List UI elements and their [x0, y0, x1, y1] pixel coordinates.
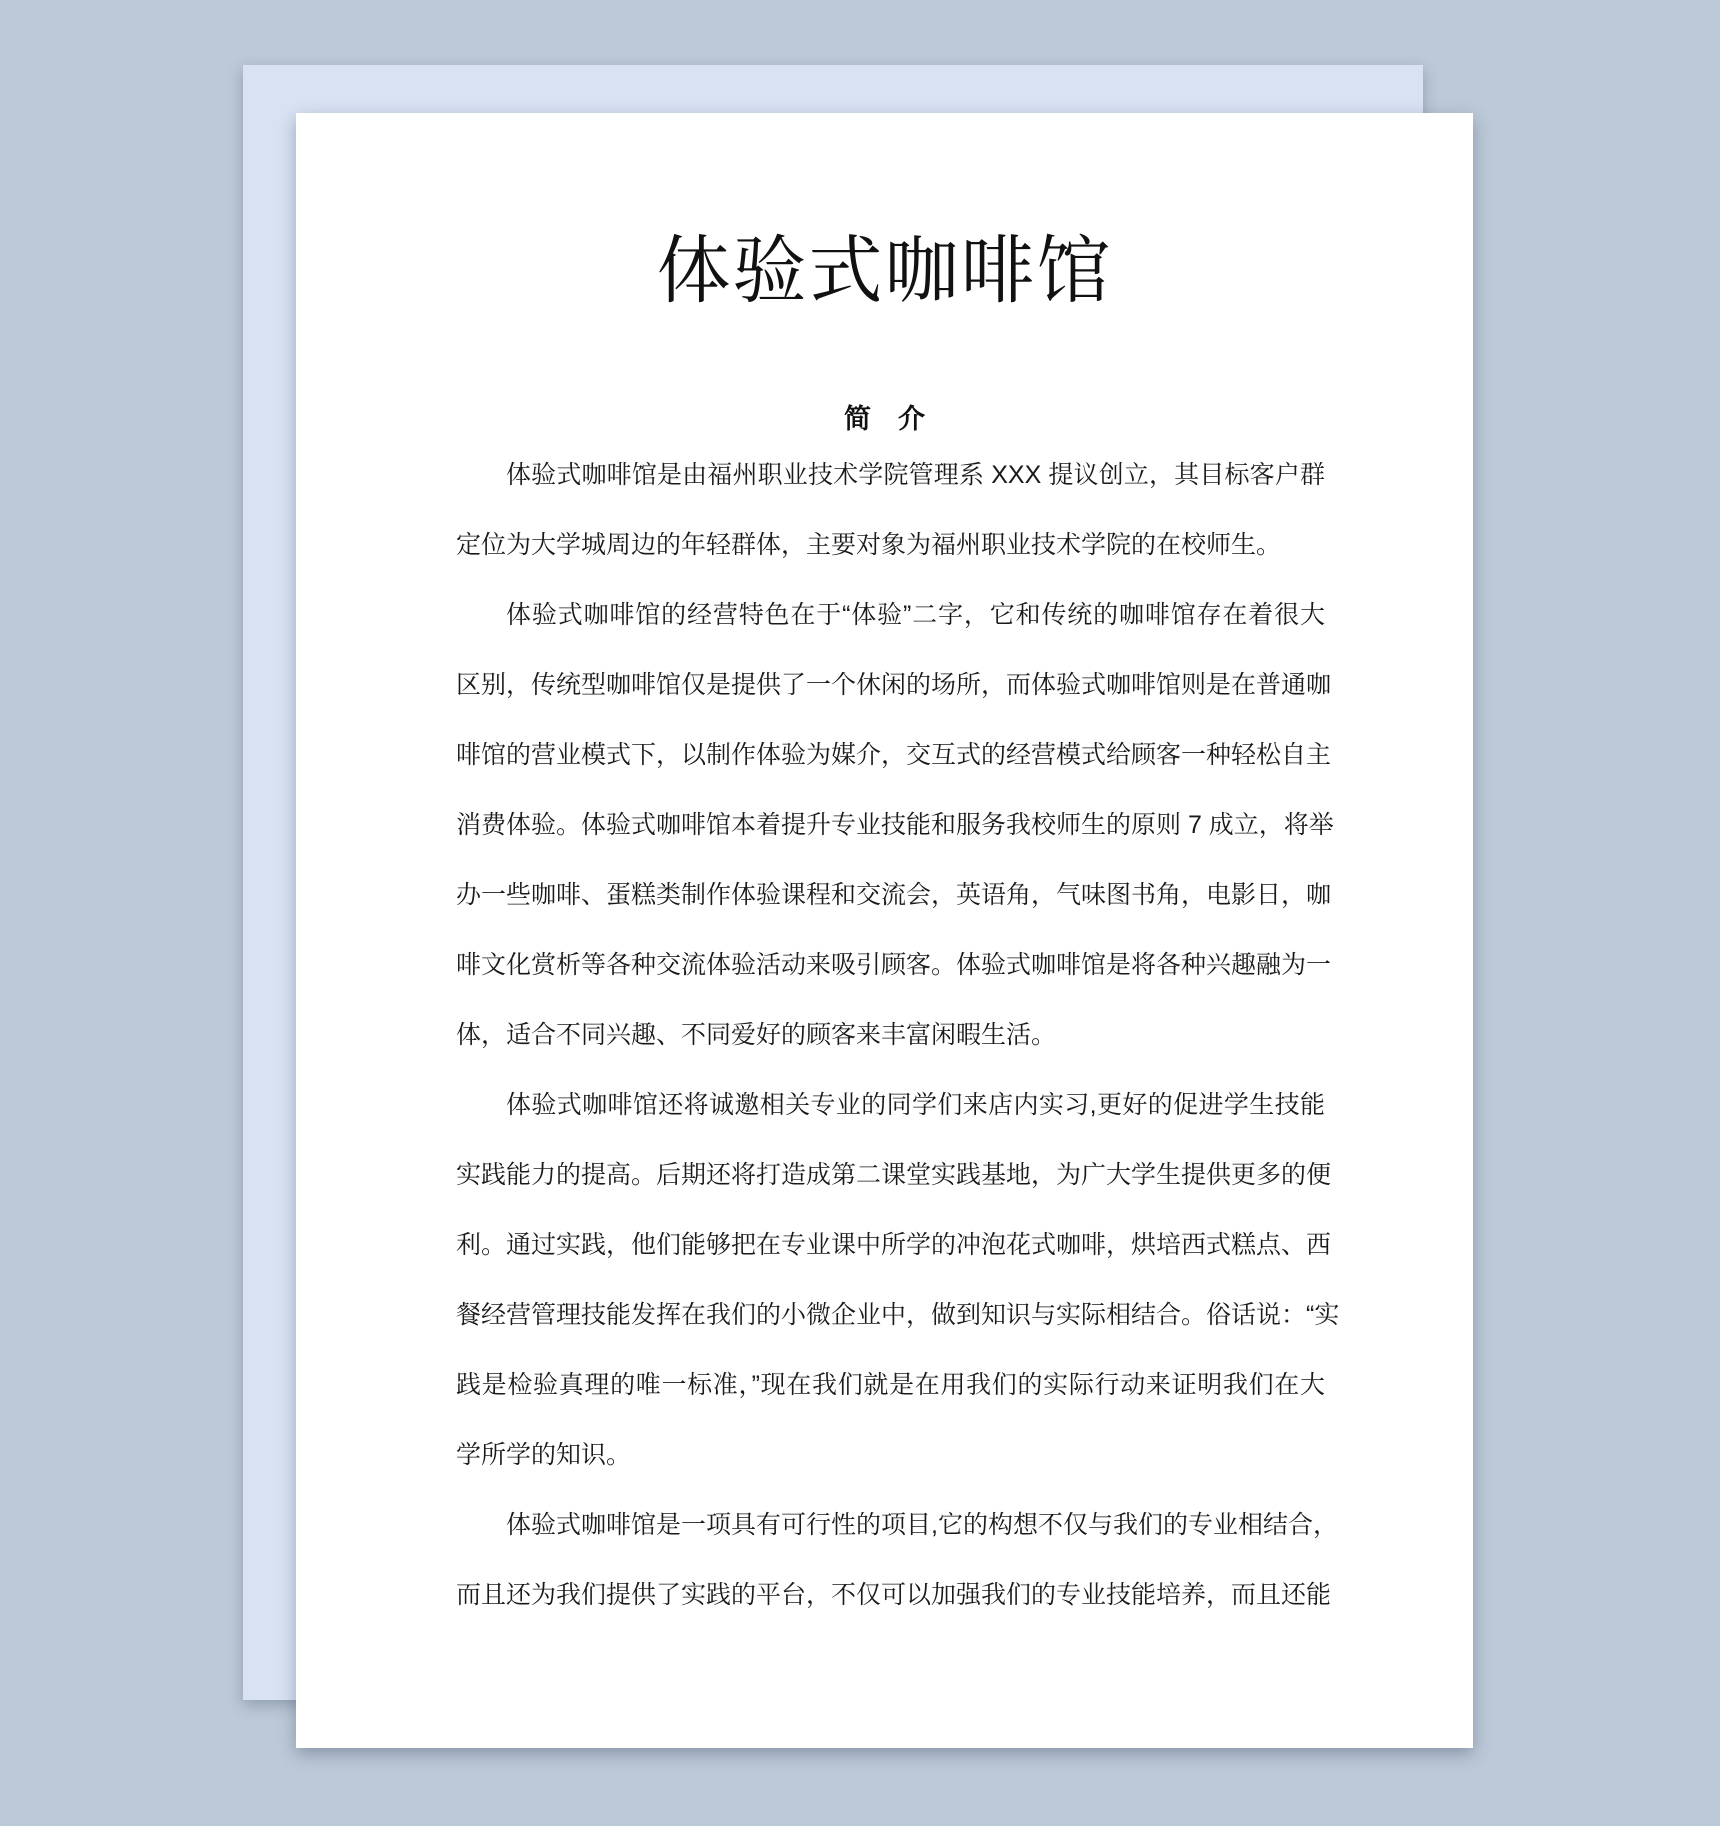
text-line: 实践能力的提高。后期还将打造成第二课堂实践基地，为广大学生提供更多的便 [456, 1140, 1325, 1210]
text-line: 体验式咖啡馆是由福州职业技术学院管理系 XXX 提议创立，其目标客户群 [456, 440, 1325, 510]
text-line: 区别，传统型咖啡馆仅是提供了一个休闲的场所，而体验式咖啡馆则是在普通咖 [456, 650, 1325, 720]
text-line: 体验式咖啡馆是一项具有可行性的项目,它的构想不仅与我们的专业相结合， [456, 1490, 1325, 1560]
text-line: 办一些咖啡、蛋糕类制作体验课程和交流会，英语角，气味图书角，电影日，咖 [456, 860, 1325, 930]
section-heading: 简 介 [296, 398, 1473, 440]
text-line: 体验式咖啡馆还将诚邀相关专业的同学们来店内实习,更好的促进学生技能 [456, 1070, 1325, 1140]
document-title: 体验式咖啡馆 [296, 223, 1473, 319]
text-line: 啡文化赏析等各种交流体验活动来吸引顾客。体验式咖啡馆是将各种兴趣融为一 [456, 930, 1325, 1000]
document-page: 体验式咖啡馆 简 介 体验式咖啡馆是由福州职业技术学院管理系 XXX 提议创立，… [296, 113, 1473, 1748]
text-line: 践是检验真理的唯一标准，”现在我们就是在用我们的实际行动来证明我们在大 [456, 1350, 1325, 1420]
text-line: 定位为大学城周边的年轻群体，主要对象为福州职业技术学院的在校师生。 [456, 510, 1325, 580]
document-body: 体验式咖啡馆是由福州职业技术学院管理系 XXX 提议创立，其目标客户群定位为大学… [296, 440, 1473, 1630]
text-line: 体，适合不同兴趣、不同爱好的顾客来丰富闲暇生活。 [456, 1000, 1325, 1070]
text-line: 啡馆的营业模式下，以制作体验为媒介，交互式的经营模式给顾客一种轻松自主 [456, 720, 1325, 790]
text-line: 餐经营管理技能发挥在我们的小微企业中，做到知识与实际相结合。俗话说：“实 [456, 1280, 1325, 1350]
text-line: 而且还为我们提供了实践的平台，不仅可以加强我们的专业技能培养，而且还能 [456, 1560, 1325, 1630]
text-line: 利。通过实践，他们能够把在专业课中所学的冲泡花式咖啡，烘培西式糕点、西 [456, 1210, 1325, 1280]
text-line: 体验式咖啡馆的经营特色在于“体验”二字，它和传统的咖啡馆存在着很大 [456, 580, 1325, 650]
text-line: 消费体验。体验式咖啡馆本着提升专业技能和服务我校师生的原则 7 成立，将举 [456, 790, 1325, 860]
canvas: 体验式咖啡馆 简 介 体验式咖啡馆是由福州职业技术学院管理系 XXX 提议创立，… [0, 0, 1720, 1826]
text-line: 学所学的知识。 [456, 1420, 1325, 1490]
